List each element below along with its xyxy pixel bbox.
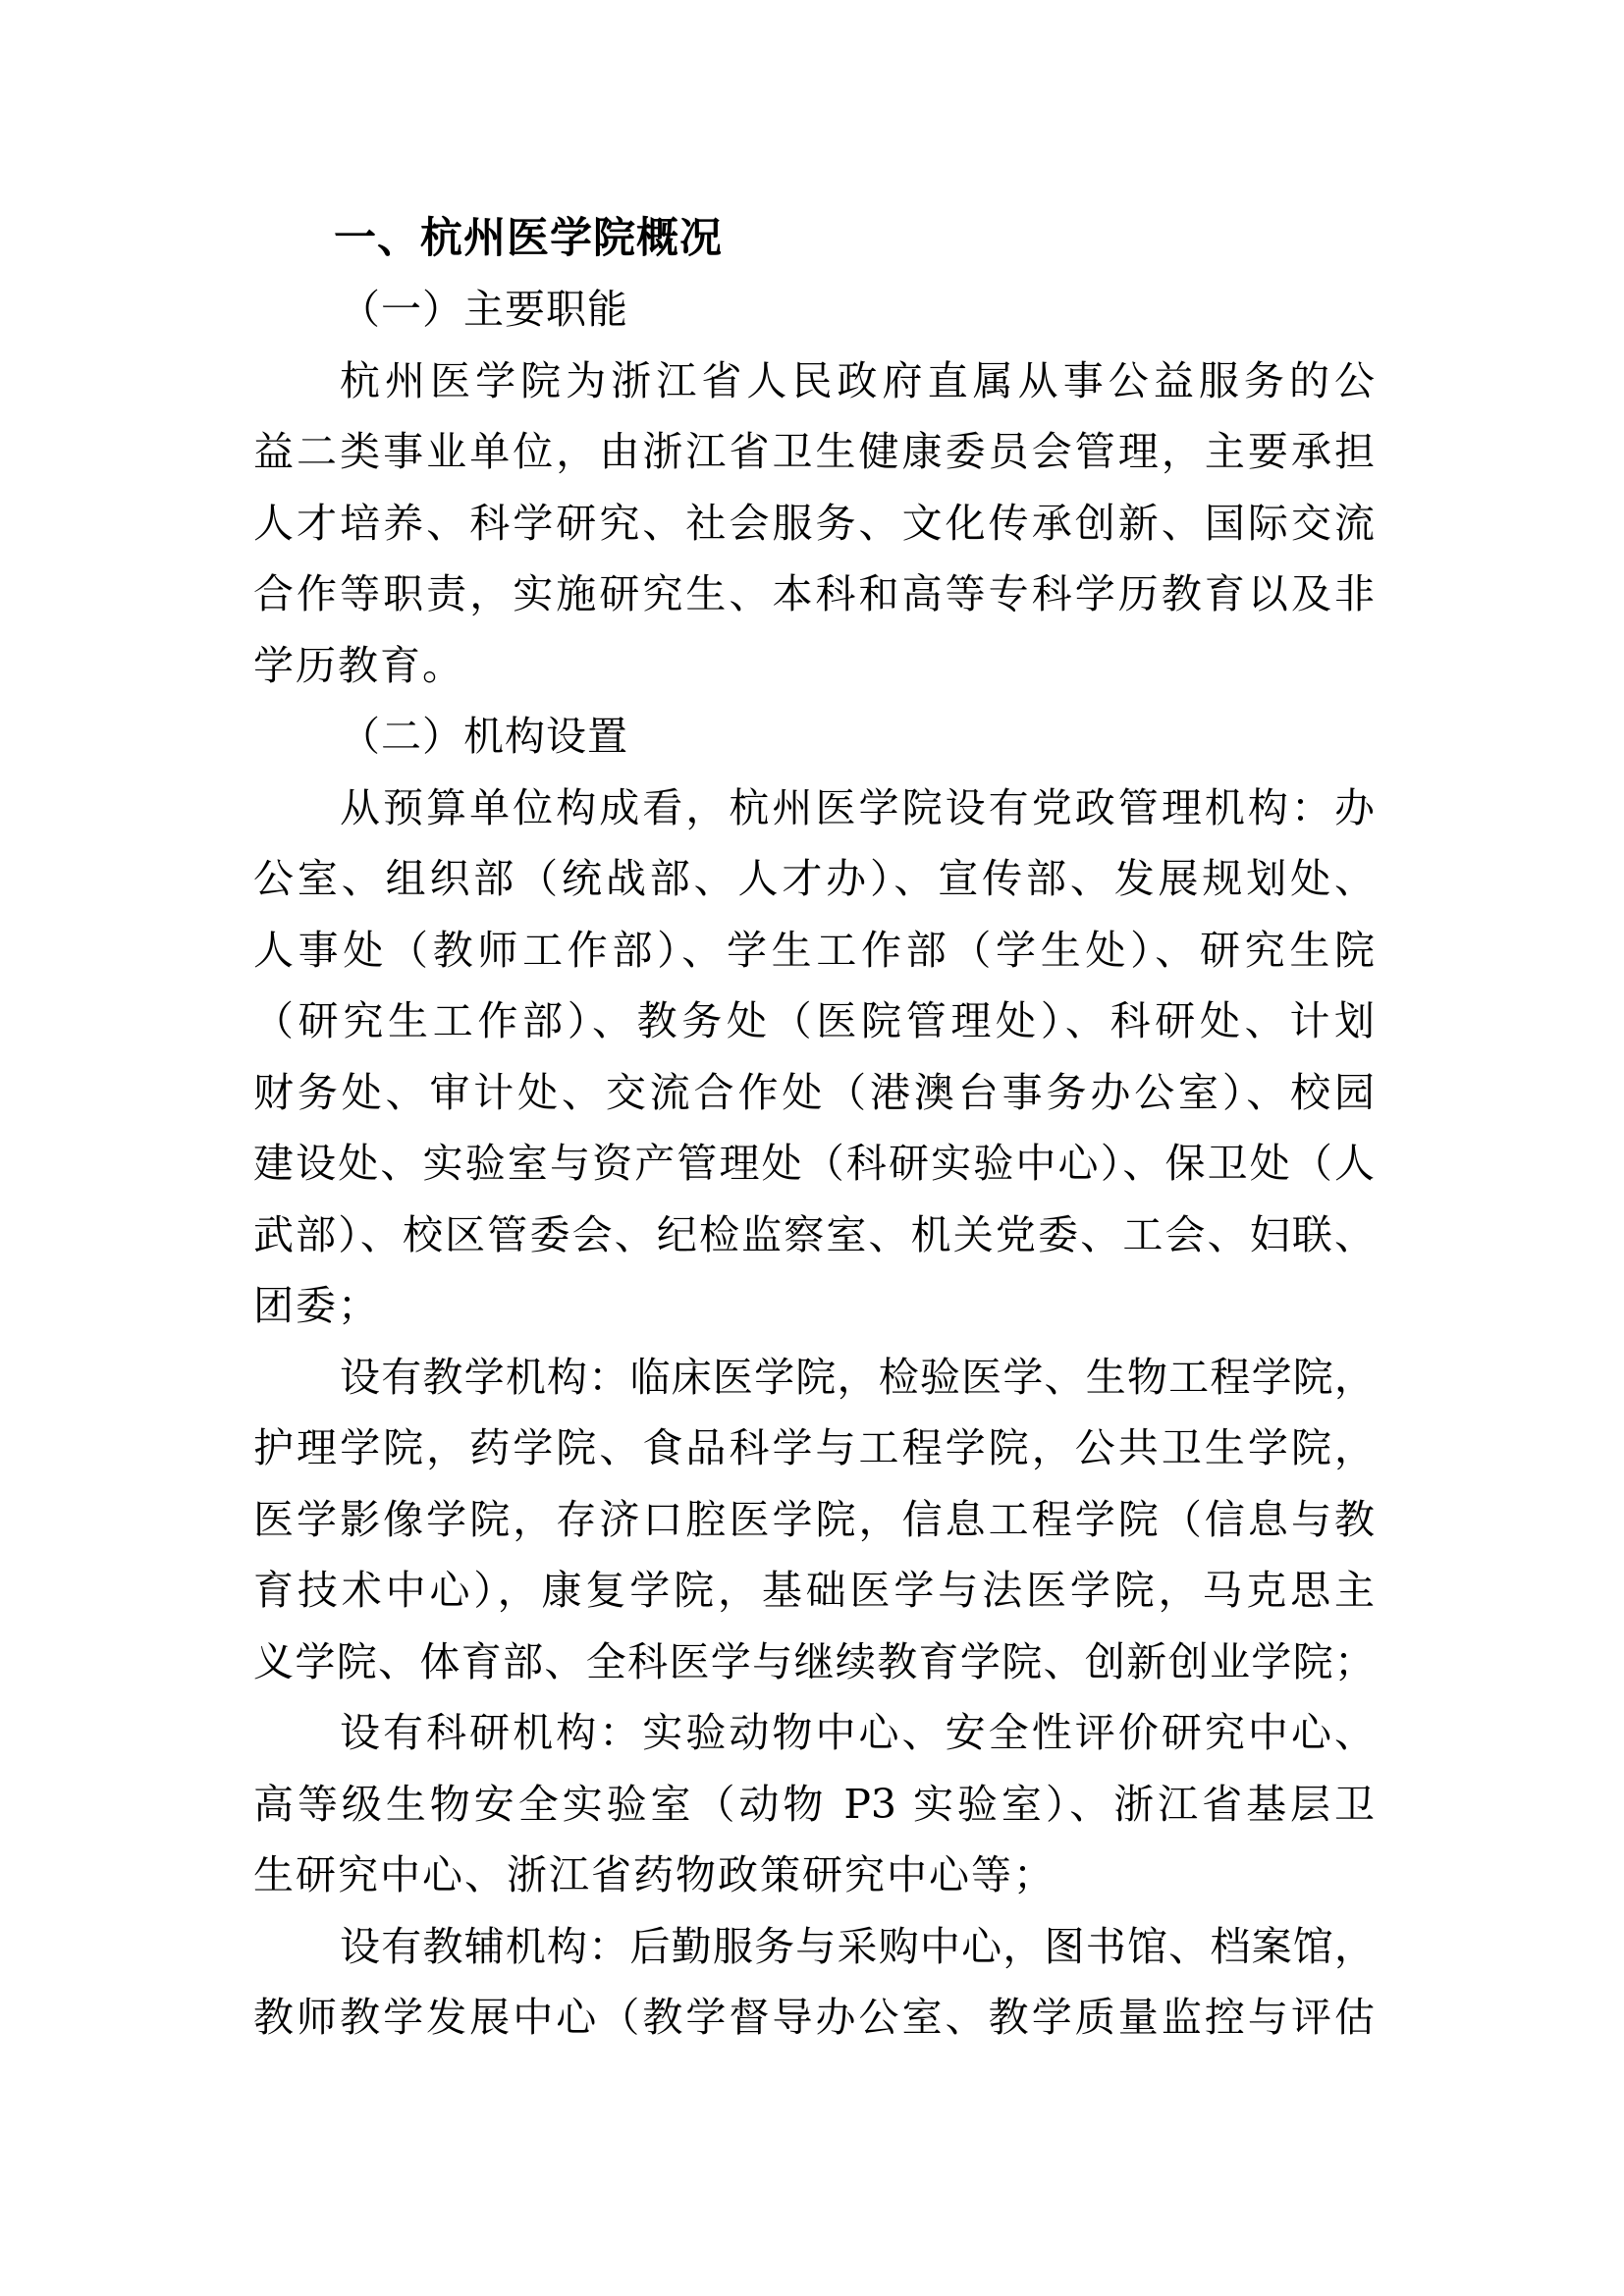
text-line: 学历教育。	[253, 630, 1375, 702]
text-line: 设有教辅机构：后勤服务与采购中心，图书馆、档案馆，	[340, 1911, 1375, 1983]
text-line: 杭州医学院为浙江省人民政府直属从事公益服务的公	[340, 346, 1375, 417]
subsection-heading-functions: （一）主要职能	[340, 274, 654, 346]
text-line: （研究生工作部）、教务处（医院管理处）、科研处、计划	[253, 986, 1375, 1057]
text-line: 益二类事业单位，由浙江省卫生健康委员会管理，主要承担	[253, 416, 1375, 488]
text-line: 教师教学发展中心（教学督导办公室、教学质量监控与评估	[253, 1982, 1375, 2054]
text-line: 设有教学机构：临床医学院，检验医学、生物工程学院，	[340, 1342, 1375, 1414]
subsection-heading-organization: （二）机构设置	[340, 701, 654, 773]
text-line: 合作等职责，实施研究生、本科和高等专科学历教育以及非	[253, 559, 1375, 630]
text-line: 医学影像学院，存济口腔医学院，信息工程学院（信息与教	[253, 1484, 1375, 1556]
text-line: 人事处（教师工作部）、学生工作部（学生处）、研究生院	[253, 915, 1375, 987]
text-line: 团委；	[253, 1270, 1375, 1342]
text-line: 义学院、体育部、全科医学与继续教育学院、创新创业学院；	[253, 1627, 1375, 1698]
text-line: 财务处、审计处、交流合作处（港澳台事务办公室）、校园	[253, 1057, 1375, 1129]
text-line: 护理学院，药学院、食品科学与工程学院，公共卫生学院，	[253, 1413, 1375, 1484]
document-page: 一、杭州医学院概况 （一）主要职能 杭州医学院为浙江省人民政府直属从事公益服务的…	[0, 0, 1624, 2296]
text-line: 建设处、实验室与资产管理处（科研实验中心）、保卫处（人	[253, 1128, 1375, 1200]
text-line: 从预算单位构成看，杭州医学院设有党政管理机构：办	[340, 773, 1375, 844]
text-line: 设有科研机构：实验动物中心、安全性评价研究中心、	[340, 1697, 1375, 1769]
text-line: 高等级生物安全实验室（动物 P3 实验室）、浙江省基层卫	[253, 1769, 1375, 1841]
text-line: 武部）、校区管委会、纪检监察室、机关党委、工会、妇联、	[253, 1200, 1375, 1271]
section-heading: 一、杭州医学院概况	[334, 203, 746, 275]
text-line: 公室、组织部（统战部、人才办）、宣传部、发展规划处、	[253, 843, 1375, 915]
text-line: 育技术中心），康复学院，基础医学与法医学院，马克思主	[253, 1555, 1375, 1627]
text-line: 人才培养、科学研究、社会服务、文化传承创新、国际交流	[253, 488, 1375, 560]
text-line: 生研究中心、浙江省药物政策研究中心等；	[253, 1840, 1375, 1911]
